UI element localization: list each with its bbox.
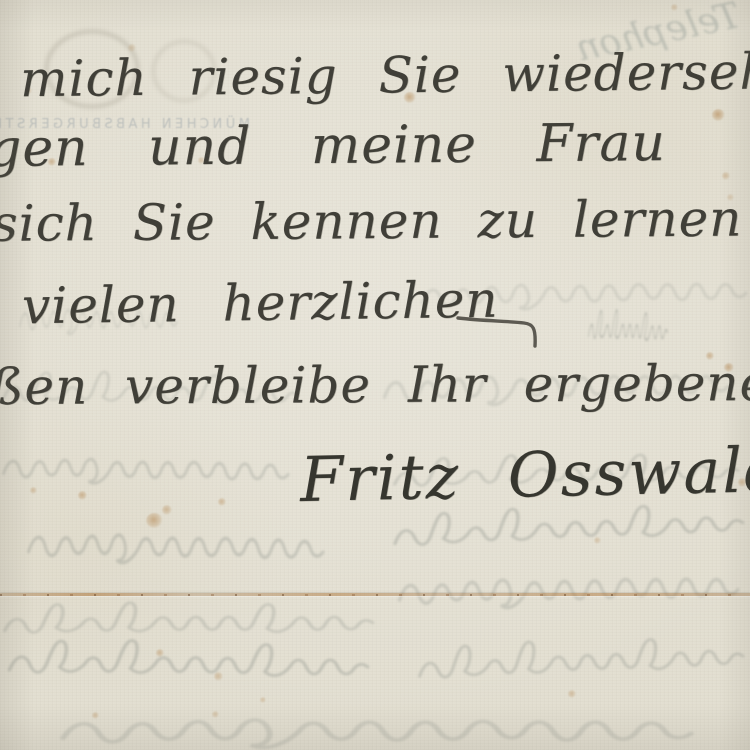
- bleedthrough-squiggle: [25, 519, 326, 570]
- foxing-stain: [156, 649, 164, 657]
- foxing-stain: [162, 505, 172, 515]
- bleedthrough-squiggle: [0, 445, 290, 490]
- foxing-stain: [146, 513, 163, 528]
- foxing-stain: [212, 711, 219, 718]
- bleedthrough-squiggle: [414, 629, 746, 690]
- bleedthrough-squiggle: [0, 598, 375, 644]
- handwriting-line-2: gen und meine Frau: [0, 113, 666, 179]
- foxing-stain: [92, 712, 99, 719]
- foxing-stain: [78, 491, 87, 500]
- foxing-stain: [671, 4, 678, 11]
- handwriting-line-5: ßen verbleibe Ihr ergebener: [0, 354, 750, 416]
- foxing-stain: [722, 172, 730, 180]
- fold-crease-specks: [0, 594, 750, 596]
- bleedthrough-squiggle: [395, 562, 741, 614]
- bleedthrough-squiggle: [5, 633, 371, 691]
- foxing-stain: [214, 672, 223, 681]
- foxing-stain: [260, 697, 266, 703]
- handwriting-line-1: mich riesig Sie wiedersehen: [20, 42, 750, 109]
- bleedthrough-squiggle: [587, 304, 669, 353]
- foxing-stain: [712, 109, 725, 121]
- foxing-stain: [568, 690, 576, 698]
- foxing-stain: [218, 498, 226, 506]
- signature: Fritz Osswald: [299, 433, 750, 516]
- foxing-stain: [30, 487, 37, 494]
- bleedthrough-squiggle: [55, 706, 695, 750]
- foxing-stain: [594, 537, 601, 544]
- handwriting-line-4: vielen herzlichen: [22, 271, 499, 336]
- letter-page: MÜNCHEN HABSBURGERSTR Telephon mich ries…: [0, 0, 750, 750]
- handwriting-line-3: sich Sie kennen zu lernen .: [0, 189, 750, 253]
